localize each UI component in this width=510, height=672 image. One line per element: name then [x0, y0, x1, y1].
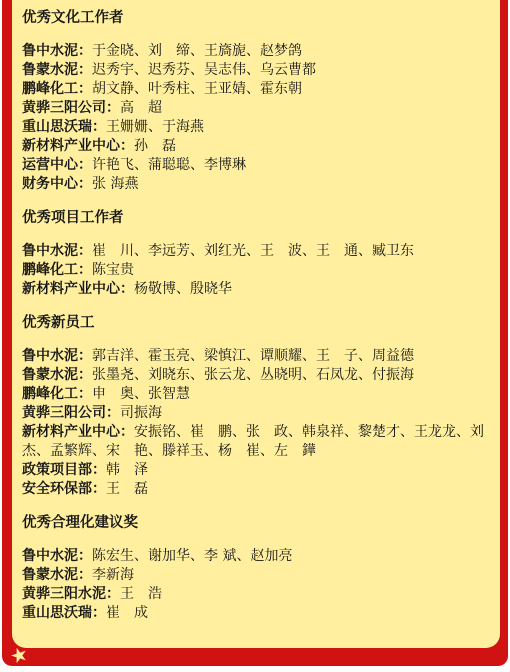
org-label: 重山思沃瑞：: [22, 119, 106, 135]
org-label: 安全环保部：: [22, 481, 106, 497]
section-title: 优秀合理化建议奖: [22, 513, 492, 533]
names-text: 崔 成: [106, 605, 148, 621]
award-entry: 鲁中水泥：崔 川、李远芳、刘红光、王 波、王 通、臧卫东: [22, 242, 492, 261]
award-entry: 政策项目部：韩 泽: [22, 461, 492, 480]
names-text: 许艳飞、蒲聪聪、李博琳: [92, 157, 246, 173]
award-entry: 黄骅三阳公司：高 超: [22, 99, 492, 118]
section-new-employees: 优秀新员工 鲁中水泥：郭吉洋、霍玉亮、梁慎江、谭顺耀、王 子、周益德 鲁蒙水泥：…: [20, 313, 492, 499]
section-title: 优秀新员工: [22, 313, 492, 333]
names-text: 陈宝贵: [92, 262, 134, 278]
names-text: 陈宏生、谢加华、李 斌、赵加亮: [92, 548, 292, 564]
names-text: 王 磊: [106, 481, 148, 497]
org-label: 新材料产业中心：: [22, 281, 134, 297]
names-text: 申 奥、张智慧: [92, 386, 190, 402]
award-entry: 黄骅三阳水泥：王 浩: [22, 585, 492, 604]
org-label: 新材料产业中心：: [22, 424, 134, 440]
org-label: 鹏峰化工：: [22, 262, 92, 278]
award-list-panel: 优秀文化工作者 鲁中水泥：于金晓、刘 缔、王旖旎、赵梦鸽 鲁蒙水泥：迟秀宇、迟秀…: [12, 0, 500, 648]
org-label: 鲁蒙水泥：: [22, 367, 92, 383]
names-text: 司振海: [120, 405, 162, 421]
award-entry: 鲁蒙水泥：张墨尧、刘晓东、张云龙、丛晓明、石凤龙、付振海: [22, 366, 492, 385]
award-entry: 重山思沃瑞：王姗姗、于海燕: [22, 118, 492, 137]
award-entry: 重山思沃瑞：崔 成: [22, 604, 492, 623]
org-label: 鲁中水泥：: [22, 348, 92, 364]
names-text: 张 海燕: [92, 176, 138, 192]
names-text: 高 超: [120, 100, 162, 116]
org-label: 政策项目部：: [22, 462, 106, 478]
org-label: 黄骅三阳公司：: [22, 100, 120, 116]
org-label: 鲁中水泥：: [22, 243, 92, 259]
award-entry: 新材料产业中心：杨敬博、殷晓华: [22, 280, 492, 299]
award-entry: 鲁蒙水泥：李新海: [22, 566, 492, 585]
org-label: 黄骅三阳水泥：: [22, 586, 120, 602]
names-text: 王 浩: [120, 586, 162, 602]
award-entry: 鹏峰化工：陈宝贵: [22, 261, 492, 280]
award-entry: 鲁中水泥：郭吉洋、霍玉亮、梁慎江、谭顺耀、王 子、周益德: [22, 347, 492, 366]
award-entry: 运营中心：许艳飞、蒲聪聪、李博琳: [22, 156, 492, 175]
award-entry: 鲁中水泥：于金晓、刘 缔、王旖旎、赵梦鸽: [22, 42, 492, 61]
org-label: 鲁中水泥：: [22, 43, 92, 59]
org-label: 鹏峰化工：: [22, 386, 92, 402]
names-text: 胡文静、叶秀柱、王亚婧、霍东朝: [92, 81, 302, 97]
org-label: 黄骅三阳公司：: [22, 405, 120, 421]
names-text: 张墨尧、刘晓东、张云龙、丛晓明、石凤龙、付振海: [92, 367, 414, 383]
section-project-workers: 优秀项目工作者 鲁中水泥：崔 川、李远芳、刘红光、王 波、王 通、臧卫东 鹏峰化…: [20, 208, 492, 299]
award-entry: 鲁中水泥：陈宏生、谢加华、李 斌、赵加亮: [22, 547, 492, 566]
names-text: 迟秀宇、迟秀芬、吴志伟、乌云曹都: [92, 62, 316, 78]
org-label: 运营中心：: [22, 157, 92, 173]
names-text: 韩 泽: [106, 462, 148, 478]
org-label: 鲁蒙水泥：: [22, 567, 92, 583]
names-text: 崔 川、李远芳、刘红光、王 波、王 通、臧卫东: [92, 243, 414, 259]
award-entry: 安全环保部：王 磊: [22, 480, 492, 499]
award-entry: 鹏峰化工：胡文静、叶秀柱、王亚婧、霍东朝: [22, 80, 492, 99]
names-text: 李新海: [92, 567, 134, 583]
award-entry: 鲁蒙水泥：迟秀宇、迟秀芬、吴志伟、乌云曹都: [22, 61, 492, 80]
section-culture-workers: 优秀文化工作者 鲁中水泥：于金晓、刘 缔、王旖旎、赵梦鸽 鲁蒙水泥：迟秀宇、迟秀…: [20, 8, 492, 194]
org-label: 重山思沃瑞：: [22, 605, 106, 621]
names-text: 孙 磊: [134, 138, 176, 154]
award-entry: 鹏峰化工：申 奥、张智慧: [22, 385, 492, 404]
section-rationalization-award: 优秀合理化建议奖 鲁中水泥：陈宏生、谢加华、李 斌、赵加亮 鲁蒙水泥：李新海 黄…: [20, 513, 492, 623]
section-title: 优秀文化工作者: [22, 8, 492, 28]
award-entry: 新材料产业中心：安振铭、崔 鹏、张 政、韩泉祥、黎楚才、王龙龙、刘 杰、孟繁辉、…: [22, 423, 492, 461]
award-entry: 新材料产业中心：孙 磊: [22, 137, 492, 156]
section-title: 优秀项目工作者: [22, 208, 492, 228]
org-label: 新材料产业中心：: [22, 138, 134, 154]
org-label: 鹏峰化工：: [22, 81, 92, 97]
award-entry: 财务中心：张 海燕: [22, 175, 492, 194]
names-text: 杨敬博、殷晓华: [134, 281, 232, 297]
org-label: 鲁蒙水泥：: [22, 62, 92, 78]
org-label: 财务中心：: [22, 176, 92, 192]
names-text: 于金晓、刘 缔、王旖旎、赵梦鸽: [92, 43, 302, 59]
org-label: 鲁中水泥：: [22, 548, 92, 564]
names-text: 王姗姗、于海燕: [106, 119, 204, 135]
names-text: 郭吉洋、霍玉亮、梁慎江、谭顺耀、王 子、周益德: [92, 348, 414, 364]
award-entry: 黄骅三阳公司：司振海: [22, 404, 492, 423]
